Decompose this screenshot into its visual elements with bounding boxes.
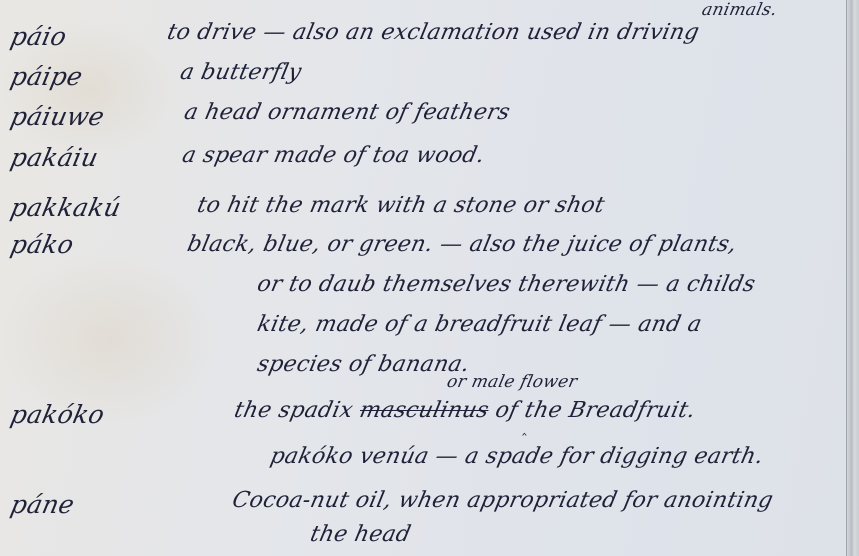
entry-term-paio: páio [8,22,69,51]
entry-term-paiuwe: páiuwe [8,102,107,131]
insertion-male-flower: or male flower [445,372,579,392]
entry-definition-pako-line2: or to daub themselves therewith — a chil… [255,272,758,297]
sub-entry-definition: — a spade for digging earth. [433,444,766,469]
definition-after: of the Breadfruit. [486,398,698,423]
entry-definition-paipe: a butterfly [178,60,304,85]
entry-definition-pako-line4: species of banana. [255,352,472,377]
entry-term-paipe: páipe [8,62,85,91]
entry-definition-paio: to drive — also an exclamation used in d… [165,20,702,45]
entry-definition-pako-line1: black, blue, or green. — also the juice … [185,232,739,257]
insertion-animals: animals. [700,0,779,20]
entry-term-pakaiu: pakáiu [8,143,101,172]
insertion-caret: ‸ [522,420,527,436]
entry-definition-pakkaku: to hit the mark with a stone or shot [195,193,607,218]
sub-entry-term: pakóko venúa [268,444,431,469]
definition-before: the spadix [232,398,363,423]
entry-term-pakkaku: pakkakú [8,193,124,222]
manuscript-page: animals. páio to drive — also an exclama… [0,0,859,556]
entry-definition-pakaiu: a spear made of toa wood. [180,143,487,168]
entry-definition-pako-line3: kite, made of a breadfruit leaf — and a [255,312,704,337]
entry-definition-pane-line1: Cocoa-nut oil, when appropriated for ano… [230,488,775,513]
page-edge [846,0,859,556]
entry-term-pane: páne [8,490,77,519]
entry-term-pako: páko [8,230,76,259]
entry-definition-pane-line2: the head [308,522,413,547]
entry-term-pakoko: pakóko [8,400,107,429]
entry-definition-pakoko: the spadix masculinus of the Breadfruit. [232,398,698,423]
entry-definition-paiuwe: a head ornament of feathers [182,100,512,125]
sub-entry-pakoko-venua: pakóko venúa — a spade for digging earth… [268,444,766,469]
struck-word: masculinus [357,398,491,423]
